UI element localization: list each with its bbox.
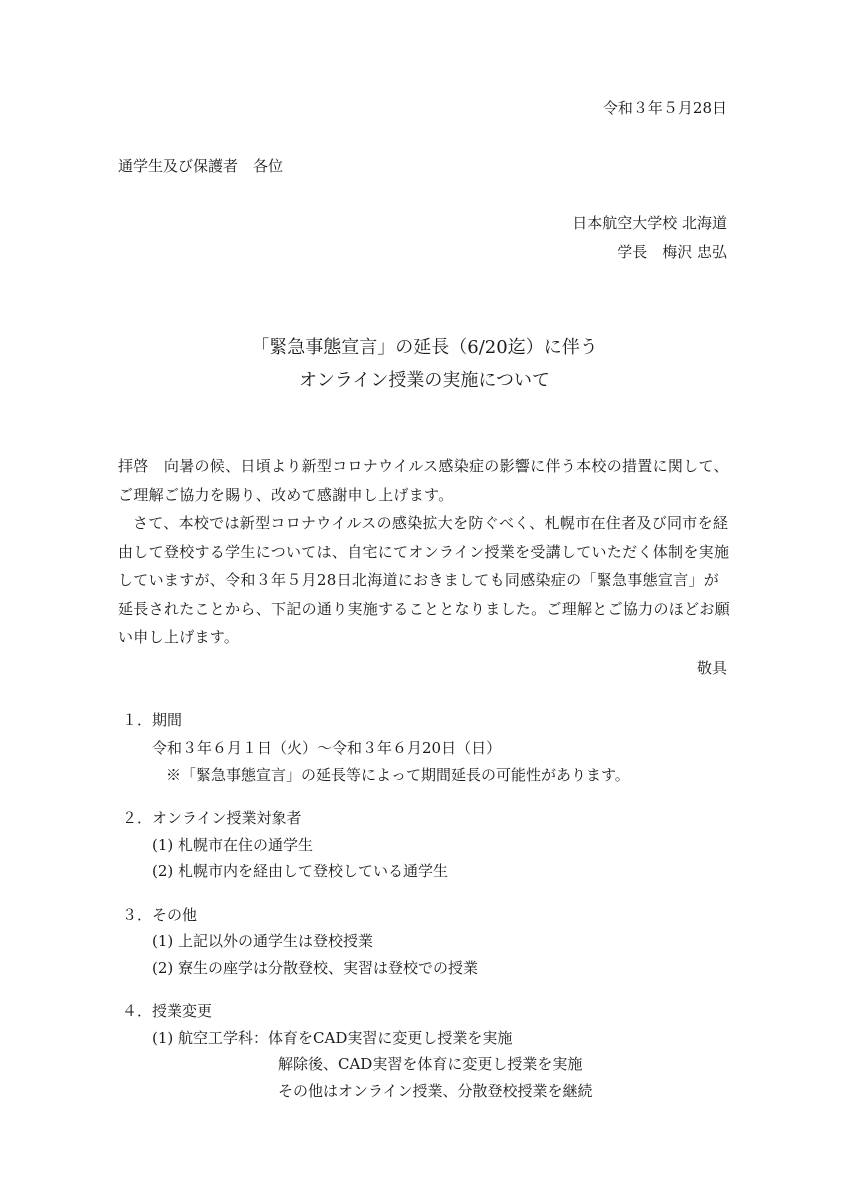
- main-paragraph: さて、本校では新型コロナウイルスの感染拡大を防ぐべく、札幌市在住者及び同市を経由…: [118, 509, 730, 652]
- class-change-item-1-other: その他はオンライン授業、分散登校授業を継続: [278, 1084, 593, 1099]
- body-text: 拝啓 向暑の候、日頃より新型コロナウイルス感染症の影響に伴う本校の措置に関して、…: [118, 452, 730, 652]
- addressee: 通学生及び保護者 各位: [118, 159, 283, 174]
- period-dates: 令和３年６月１日（火）～令和３年６月20日（日）: [152, 741, 501, 756]
- document-title-line2: オンライン授業の実施について: [0, 372, 849, 390]
- period-note: ※「緊急事態宣言」の延長等によって期間延長の可能性があります。: [166, 768, 630, 783]
- target-item-1: (1) 札幌市在住の通学生: [152, 838, 313, 853]
- document-date: 令和３年５月28日: [603, 101, 727, 116]
- other-item-2: (2) 寮生の座学は分散登校、実習は登校での授業: [152, 961, 478, 976]
- section-heading-class-change: ４．授業変更: [122, 1004, 212, 1019]
- section-heading-period: １．期間: [122, 713, 182, 728]
- closing-keigu: 敬具: [697, 661, 727, 676]
- class-change-item-1: (1) 航空工学科：体育をCAD実習に変更し授業を実施: [152, 1031, 512, 1046]
- sender-organization: 日本航空大学校 北海道: [572, 216, 727, 231]
- class-change-item-1-after: 解除後、CAD実習を体育に変更し授業を実施: [278, 1057, 582, 1072]
- target-item-2: (2) 札幌市内を経由して登校している通学生: [152, 864, 448, 879]
- greeting-paragraph: 拝啓 向暑の候、日頃より新型コロナウイルス感染症の影響に伴う本校の措置に関して、…: [118, 452, 730, 509]
- sender-name: 学長 梅沢 忠弘: [617, 245, 727, 260]
- document-title-line1: 「緊急事態宣言」の延長（6/20迄）に伴う: [0, 339, 849, 357]
- section-heading-targets: ２．オンライン授業対象者: [122, 811, 302, 826]
- section-heading-other: ３．その他: [122, 908, 197, 923]
- other-item-1: (1) 上記以外の通学生は登校授業: [152, 934, 373, 949]
